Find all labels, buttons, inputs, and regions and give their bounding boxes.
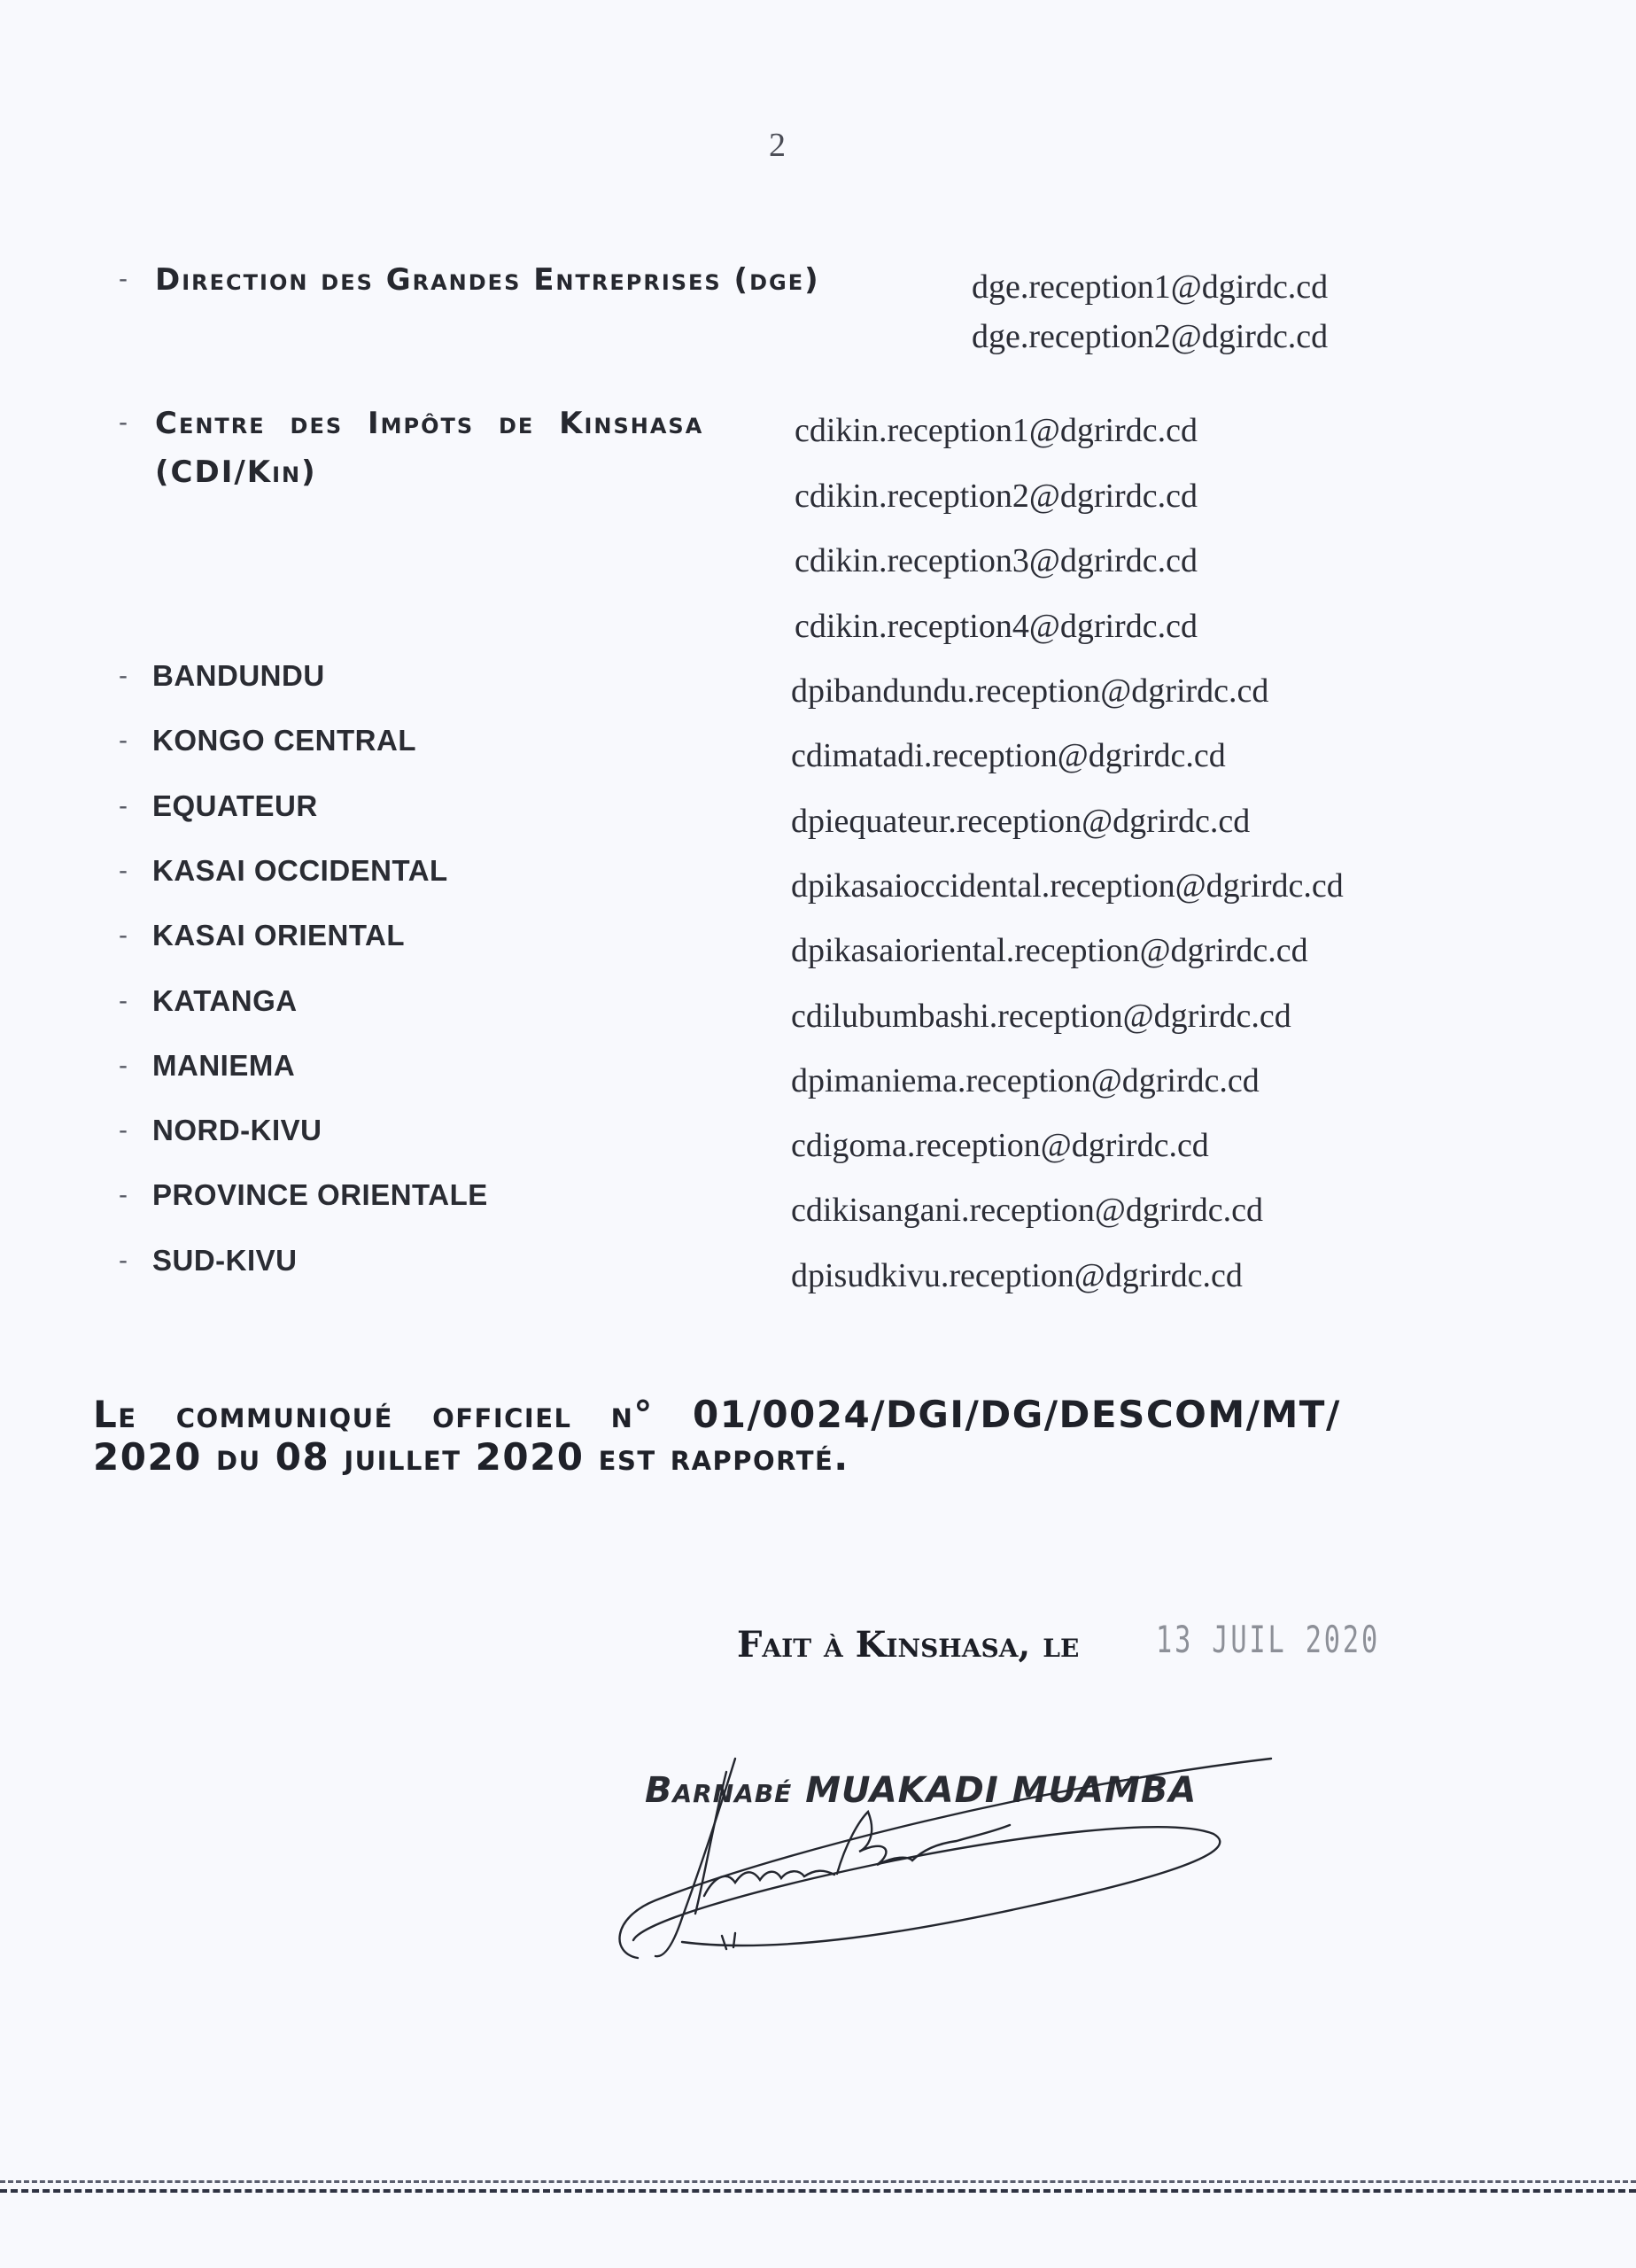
bullet-dash: -	[119, 791, 128, 821]
bullet-dash: -	[119, 856, 128, 886]
email-link[interactable]: cdikin.reception1@dgrirdc.cd	[795, 411, 1198, 450]
bullet-dash: -	[119, 920, 128, 951]
bullet-dash: -	[119, 1246, 128, 1276]
email-link[interactable]: cdigoma.reception@dgrirdc.cd	[791, 1126, 1209, 1165]
email-link[interactable]: dpimaniema.reception@dgrirdc.cd	[791, 1061, 1260, 1100]
province-name: EQUATEUR	[152, 789, 318, 823]
place-label: Fait à Kinshasa, le	[737, 1624, 1079, 1666]
province-name: KATANGA	[152, 984, 298, 1018]
province-name: PROVINCE ORIENTALE	[152, 1178, 488, 1212]
signature-icon	[602, 1736, 1329, 1993]
email-link[interactable]: cdikin.reception4@dgrirdc.cd	[795, 607, 1198, 646]
bullet-dash: -	[119, 1115, 128, 1146]
notice-line-1: Le communiqué officiel n° 01/0024/DGI/DG…	[93, 1393, 1341, 1436]
entry-label-cdi: Centre des Impôts de Kinshasa	[155, 406, 703, 441]
bullet-dash: -	[119, 986, 128, 1016]
email-link[interactable]: dpisudkivu.reception@dgrirdc.cd	[791, 1256, 1243, 1295]
page-number: 2	[769, 126, 786, 165]
entry-label-dge: Direction des Grandes Entreprises (dge)	[155, 262, 820, 298]
province-name: NORD-KIVU	[152, 1114, 322, 1147]
email-link[interactable]: cdimatadi.reception@dgrirdc.cd	[791, 736, 1226, 775]
bullet-dash: -	[119, 726, 128, 756]
bullet-dash: -	[119, 264, 128, 294]
email-link[interactable]: cdilubumbashi.reception@dgrirdc.cd	[791, 997, 1291, 1036]
email-link[interactable]: dpikasaioriental.reception@dgrirdc.cd	[791, 931, 1308, 970]
notice-line-2: 2020 du 08 juillet 2020 est rapporté.	[93, 1435, 849, 1479]
province-name: KASAI OCCIDENTAL	[152, 854, 448, 888]
email-link[interactable]: cdikin.reception3@dgrirdc.cd	[795, 541, 1198, 580]
footer-rule-top	[0, 2180, 1636, 2183]
email-link[interactable]: dge.reception1@dgirdc.cd	[972, 268, 1328, 307]
email-link[interactable]: dge.reception2@dgirdc.cd	[972, 317, 1328, 356]
province-name: KASAI ORIENTAL	[152, 919, 405, 952]
footer-rule-bottom	[0, 2189, 1636, 2193]
province-name: KONGO CENTRAL	[152, 724, 416, 757]
date-stamp: 13 JUIL 2020	[1156, 1618, 1380, 1661]
province-name: BANDUNDU	[152, 659, 325, 693]
bullet-dash: -	[119, 661, 128, 691]
bullet-dash: -	[119, 1051, 128, 1081]
email-link[interactable]: dpibandundu.reception@dgrirdc.cd	[791, 672, 1268, 711]
email-link[interactable]: dpiequateur.reception@dgrirdc.cd	[791, 802, 1250, 841]
email-link[interactable]: cdikisangani.reception@dgrirdc.cd	[791, 1191, 1263, 1230]
bullet-dash: -	[119, 408, 128, 438]
email-link[interactable]: dpikasaioccidental.reception@dgrirdc.cd	[791, 866, 1344, 905]
province-name: MANIEMA	[152, 1049, 295, 1083]
province-name: SUD-KIVU	[152, 1244, 298, 1278]
entry-label-cdi-abbrev: (CDI/Kin)	[155, 454, 317, 490]
bullet-dash: -	[119, 1180, 128, 1210]
email-link[interactable]: cdikin.reception2@dgrirdc.cd	[795, 477, 1198, 516]
